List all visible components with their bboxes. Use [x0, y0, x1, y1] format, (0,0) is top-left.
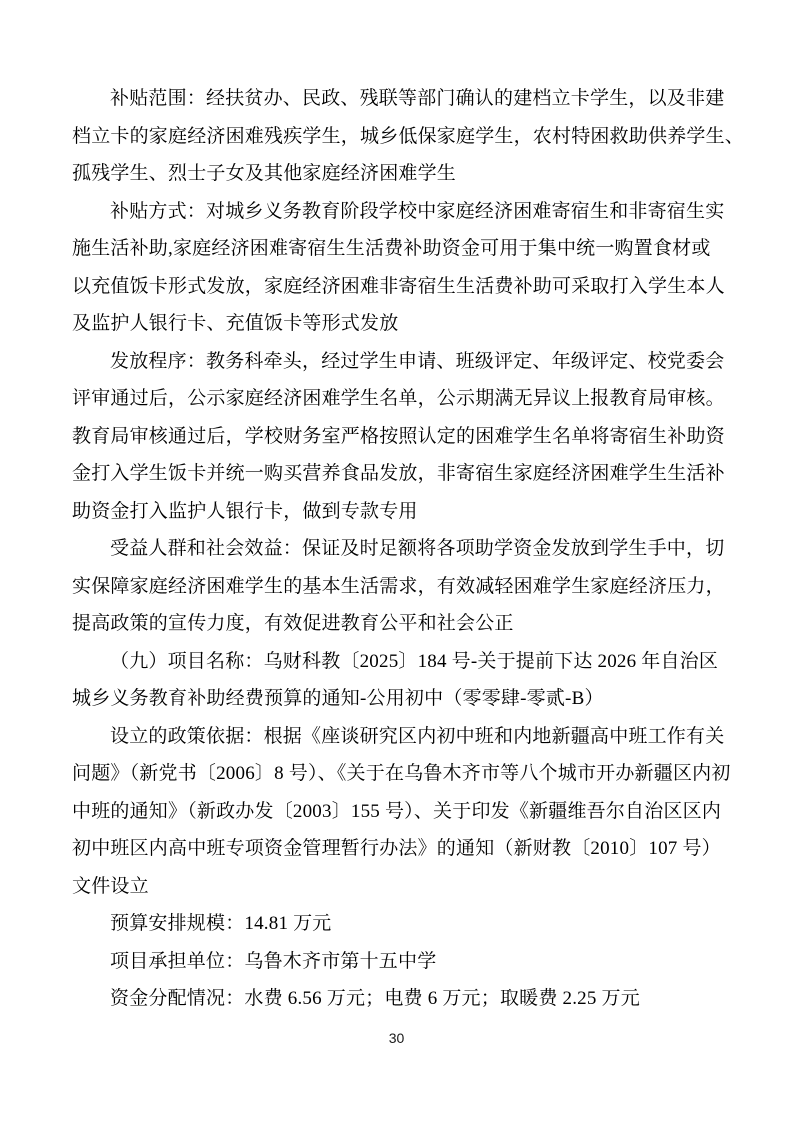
text-line: 文件设立: [72, 868, 732, 906]
paragraph-project-nine-name: （九）项目名称：乌财科教〔2025〕184 号-关于提前下达 2026 年自治区…: [72, 643, 732, 718]
paragraph-distribution-procedure: 发放程序：教务科牵头，经过学生申请、班级评定、年级评定、校党委会评审通过后，公示…: [72, 343, 732, 531]
text-line: 发放程序：教务科牵头，经过学生申请、班级评定、年级评定、校党委会: [72, 343, 732, 381]
text-line: 问题》（新党书〔2006〕8 号）、《关于在乌鲁木齐市等八个城市开办新疆区内初: [72, 755, 732, 793]
paragraph-fund-allocation: 资金分配情况：水费 6.56 万元；电费 6 万元；取暖费 2.25 万元: [72, 980, 732, 1018]
text-line: 档立卡的家庭经济困难残疾学生，城乡低保家庭学生，农村特困救助供养学生、: [72, 118, 732, 156]
text-line: 城乡义务教育补助经费预算的通知-公用初中（零零肆-零贰-B）: [72, 680, 732, 718]
paragraph-subsidy-method: 补贴方式：对城乡义务教育阶段学校中家庭经济困难寄宿生和非寄宿生实施生活补助,家庭…: [72, 193, 732, 343]
page-number: 30: [389, 1030, 405, 1046]
text-line: 提高政策的宣传力度，有效促进教育公平和社会公正: [72, 605, 732, 643]
text-line: 评审通过后，公示家庭经济困难学生名单，公示期满无异议上报教育局审核。: [72, 380, 732, 418]
paragraph-policy-basis: 设立的政策依据：根据《座谈研究区内初中班和内地新疆高中班工作有关问题》（新党书〔…: [72, 718, 732, 906]
text-line: 孤残学生、烈士子女及其他家庭经济困难学生: [72, 155, 732, 193]
text-line: 项目承担单位：乌鲁木齐市第十五中学: [72, 943, 732, 981]
text-line: 受益人群和社会效益：保证及时足额将各项助学资金发放到学生手中，切: [72, 530, 732, 568]
document-body: 补贴范围：经扶贫办、民政、残联等部门确认的建档立卡学生，以及非建档立卡的家庭经济…: [72, 80, 732, 1018]
paragraph-beneficiaries-social-benefit: 受益人群和社会效益：保证及时足额将各项助学资金发放到学生手中，切实保障家庭经济困…: [72, 530, 732, 643]
text-line: 中班的通知》（新政办发〔2003〕155 号）、关于印发《新疆维吾尔自治区区内: [72, 793, 732, 831]
text-line: 补贴范围：经扶贫办、民政、残联等部门确认的建档立卡学生，以及非建: [72, 80, 732, 118]
text-line: 金打入学生饭卡并统一购买营养食品发放，非寄宿生家庭经济困难学生生活补: [72, 455, 732, 493]
text-line: 实保障家庭经济困难学生的基本生活需求，有效减轻困难学生家庭经济压力，: [72, 568, 732, 606]
text-line: 资金分配情况：水费 6.56 万元；电费 6 万元；取暖费 2.25 万元: [72, 980, 732, 1018]
text-line: 助资金打入监护人银行卡，做到专款专用: [72, 493, 732, 531]
text-line: 补贴方式：对城乡义务教育阶段学校中家庭经济困难寄宿生和非寄宿生实: [72, 193, 732, 231]
text-line: 初中班区内高中班专项资金管理暂行办法》的通知（新财教〔2010〕107 号）: [72, 830, 732, 868]
text-line: （九）项目名称：乌财科教〔2025〕184 号-关于提前下达 2026 年自治区: [72, 643, 732, 681]
paragraph-subsidy-scope: 补贴范围：经扶贫办、民政、残联等部门确认的建档立卡学生，以及非建档立卡的家庭经济…: [72, 80, 732, 193]
text-line: 以充值饭卡形式发放，家庭经济困难非寄宿生生活费补助可采取打入学生本人: [72, 268, 732, 306]
page-footer: 30: [0, 1030, 793, 1048]
text-line: 设立的政策依据：根据《座谈研究区内初中班和内地新疆高中班工作有关: [72, 718, 732, 756]
text-line: 预算安排规模：14.81 万元: [72, 905, 732, 943]
document-page: 补贴范围：经扶贫办、民政、残联等部门确认的建档立卡学生，以及非建档立卡的家庭经济…: [0, 0, 793, 1122]
text-line: 及监护人银行卡、充值饭卡等形式发放: [72, 305, 732, 343]
text-line: 施生活补助,家庭经济困难寄宿生生活费补助资金可用于集中统一购置食材或: [72, 230, 732, 268]
paragraph-undertaking-unit: 项目承担单位：乌鲁木齐市第十五中学: [72, 943, 732, 981]
text-line: 教育局审核通过后，学校财务室严格按照认定的困难学生名单将寄宿生补助资: [72, 418, 732, 456]
paragraph-budget-scale: 预算安排规模：14.81 万元: [72, 905, 732, 943]
